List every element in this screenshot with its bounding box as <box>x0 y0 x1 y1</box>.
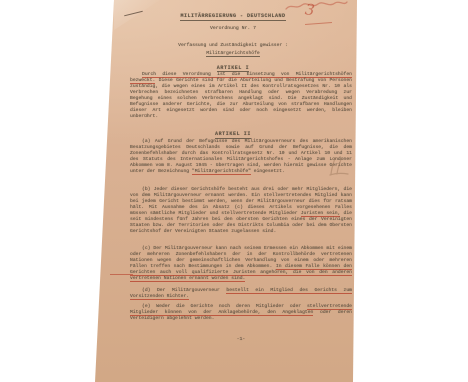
paragraph-e: (e) Weder die Gerichte noch deren Mitgli… <box>130 304 352 322</box>
red-margin-line-icon <box>110 274 133 275</box>
subject-line-2: Militärgerichtshöfe <box>115 51 351 56</box>
org-title-text: MILITÄRREGIERUNG - DEUTSCHLAND <box>180 13 285 21</box>
typed-text: eingesetzt. <box>251 169 285 174</box>
ordinance-number-line: Verordnung Nr. 7 <box>115 26 351 31</box>
scanned-page: MILITÄRREGIERUNG - DEUTSCHLAND Verordnun… <box>0 0 468 382</box>
typed-text: Diese Gerichte sind für die Aburteilung … <box>130 78 352 119</box>
paragraph-artikel-1: Durch diese Verordnung ist die Einsetzun… <box>130 72 352 120</box>
paragraph-b: (b) Jeder dieser Gerichtshöfe besteht au… <box>130 187 352 235</box>
subject-line-1: Verfassung und Zuständigkeit gewisser : <box>115 43 351 48</box>
section-heading-artikel-1: ARTIKEL I <box>115 65 351 71</box>
paragraph-a: (a) Auf Grund der Befugnisse des Militär… <box>130 139 352 175</box>
heading-text: ARTIKEL I <box>217 65 249 73</box>
red-pencil-underline-icon <box>305 22 332 25</box>
red-underlined-text: "Militärgerichtshöfe" <box>192 169 251 175</box>
paragraph-c: (c) Der Militärgouverneur kann nach sein… <box>130 246 352 282</box>
margin-pencil-mark-icon <box>327 154 351 180</box>
typed-text: (d) Der Militärgouverneur <box>142 288 226 293</box>
heading-text: ARTIKEL II <box>215 131 251 139</box>
page-number: -1- <box>130 337 352 342</box>
section-heading-artikel-2: ARTIKEL II <box>115 131 351 137</box>
typed-text: (e) Weder die Gerichte noch deren Mitgli… <box>142 304 307 309</box>
paragraph-d: (d) Der Militärgouverneur bestellt ein M… <box>130 288 352 300</box>
red-pencil-number: 3 <box>304 0 336 22</box>
subject-underlined-text: Militärgerichtshöfe <box>206 51 259 58</box>
